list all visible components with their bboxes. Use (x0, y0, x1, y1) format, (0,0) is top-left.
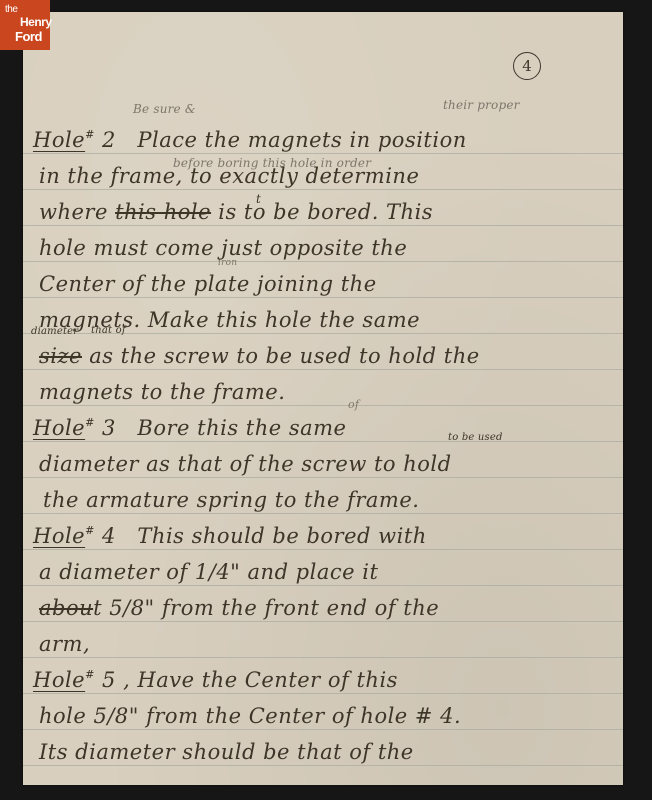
handwritten-line: magnets. Make this hole the same (39, 308, 420, 332)
ruled-line (23, 693, 623, 694)
hole-number: 5 (102, 668, 116, 692)
ruled-line (23, 513, 623, 514)
line-hole-3: Hole# 3 Bore this the same (33, 416, 346, 440)
annotation-their-proper: their proper (443, 98, 520, 112)
annotation-be-sure: Be sure & (133, 102, 196, 116)
handwritten-line: arm, (39, 632, 90, 656)
handwritten-line: magnets to the frame. (39, 380, 285, 404)
hole-number: 2 (102, 128, 116, 152)
struck-text: size (39, 344, 82, 368)
annotation-to-be-used: to be used (448, 432, 503, 443)
hole-number: 4 (102, 524, 116, 548)
handwritten-line: about 5/8" from the front end of the (39, 596, 439, 620)
ruled-line (23, 765, 623, 766)
handwritten-line: Center of the plate joining the (39, 272, 377, 296)
handwritten-line: where this hole is to be bored. This (39, 200, 433, 224)
ruled-line (23, 477, 623, 478)
the-henry-ford-logo[interactable]: the Henry Ford (0, 0, 50, 50)
line-text: Place the magnets in position (137, 128, 466, 152)
line-hole-4: Hole# 4 This should be bored with (33, 524, 427, 548)
line-text: Bore this the same (137, 416, 346, 440)
handwritten-line: in the frame, to exactly determine (39, 164, 419, 188)
ruled-line (23, 585, 623, 586)
logo-text-the: the (5, 5, 17, 15)
hole-number: 3 (102, 416, 116, 440)
line-text: This should be bored with (137, 524, 426, 548)
struck-text: this hole (115, 200, 211, 224)
line-text: t 5/8" from the front end of the (93, 596, 439, 620)
ruled-line (23, 729, 623, 730)
ruled-line (23, 261, 623, 262)
handwritten-line: a diameter of 1/4" and place it (39, 560, 378, 584)
manuscript-page: 4 Be sure & their proper before boring t… (23, 12, 623, 785)
annotation-of: of (348, 398, 359, 411)
hole-label: Hole (33, 128, 85, 152)
ruled-line (23, 297, 623, 298)
handwritten-line: size as the screw to be used to hold the (39, 344, 480, 368)
handwritten-line: the armature spring to the frame. (43, 488, 419, 512)
handwritten-line: hole 5/8" from the Center of hole # 4. (39, 704, 461, 728)
page-number: 4 (513, 52, 541, 80)
number-sign: # (85, 416, 95, 429)
number-sign: # (85, 128, 95, 141)
hole-label: Hole (33, 416, 85, 440)
line-text: is to be bored. This (218, 200, 433, 224)
logo-text-ford: Ford (15, 30, 42, 43)
handwritten-line: hole must come just opposite the (39, 236, 407, 260)
ruled-line (23, 441, 623, 442)
document-viewer: the Henry Ford 4 Be sure & their proper … (0, 0, 652, 800)
struck-text: abou (39, 596, 93, 620)
line-hole-5: Hole# 5 , Have the Center of this (33, 668, 398, 692)
line-hole-2: Hole# 2 Place the magnets in position (33, 128, 467, 152)
ruled-line (23, 549, 623, 550)
line-text: , Have the Center of this (123, 668, 398, 692)
number-sign: # (85, 524, 95, 537)
handwritten-line: diameter as that of the screw to hold (39, 452, 452, 476)
ruled-line (23, 405, 623, 406)
ruled-line (23, 657, 623, 658)
number-sign: # (85, 668, 95, 681)
ruled-line (23, 189, 623, 190)
handwritten-line: Its diameter should be that of the (39, 740, 414, 764)
hole-label: Hole (33, 524, 85, 548)
line-text: as the screw to be used to hold the (89, 344, 480, 368)
logo-text-henry: Henry (20, 16, 52, 28)
ruled-line (23, 225, 623, 226)
ruled-line (23, 621, 623, 622)
ruled-line (23, 369, 623, 370)
line-text: where (39, 200, 108, 224)
ruled-line (23, 153, 623, 154)
hole-label: Hole (33, 668, 85, 692)
